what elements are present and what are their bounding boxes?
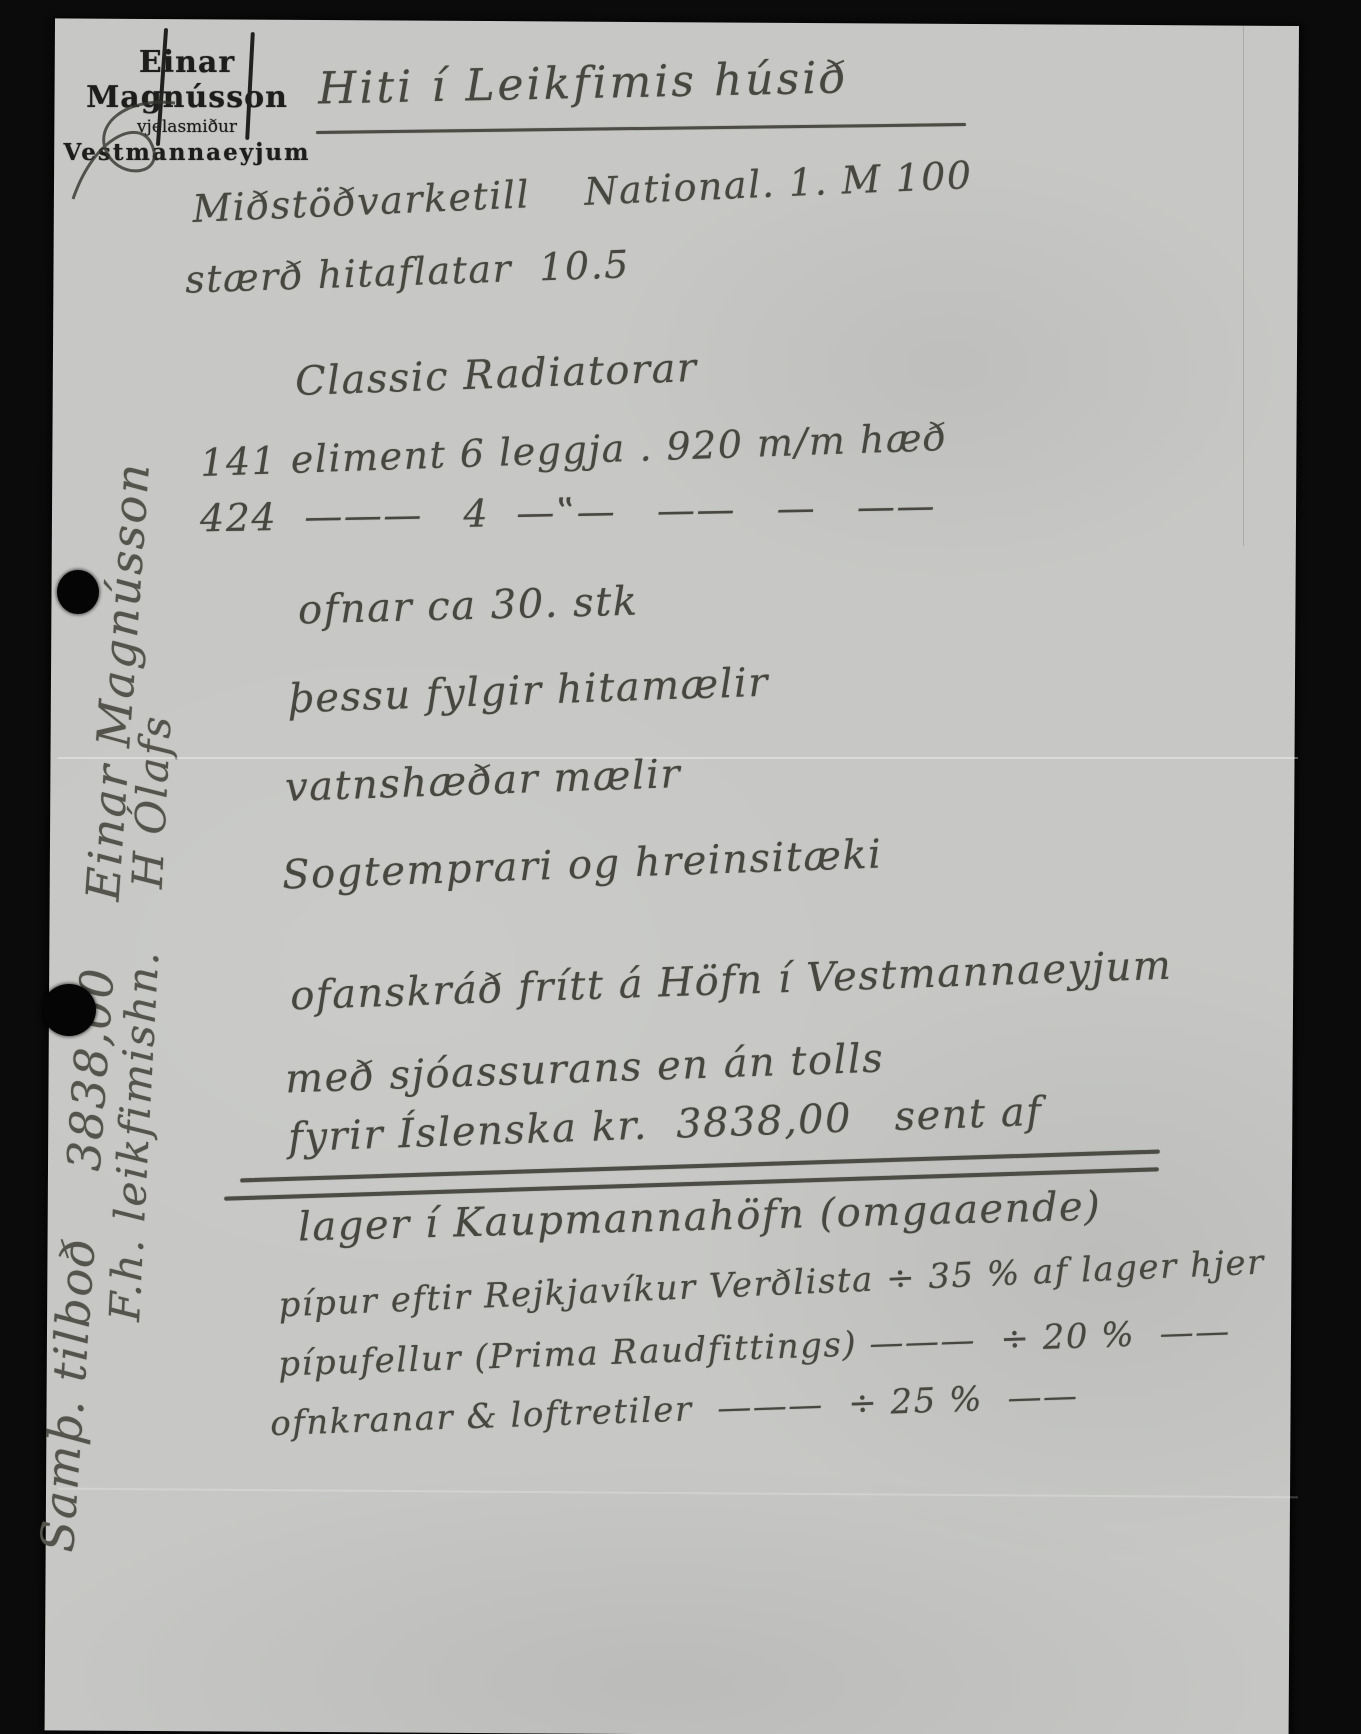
scanned-document: Einar Magnússon vjelasmiður Vestmannaeyj… [0,0,1361,1734]
punch-hole [57,570,99,614]
punch-hole [42,984,96,1036]
handwritten-line: ofnar ca 30. stk [297,579,639,634]
